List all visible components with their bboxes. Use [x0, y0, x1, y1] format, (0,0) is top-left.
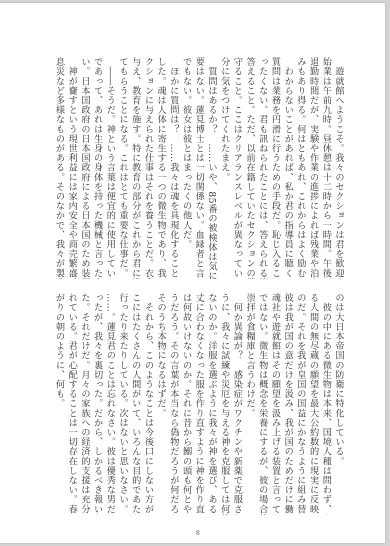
text-line: い。日本国政府の日本国政府による日本国のため装置だ。: [77, 57, 90, 279]
text-line: ではない。微生物は概念を栄養にするが、彼の場合信仰と: [255, 293, 268, 515]
text-line: のは大日本帝国の防衛に特化している。: [331, 293, 344, 515]
text-line: それから、このようなことは今後口にしない方がいい。: [141, 293, 154, 515]
lower-text-tier: のは大日本帝国の防衛に特化している。 彼の中にある微生物は本来、国境人種は問わず…: [52, 293, 344, 515]
text-line: 要はない。蓮見博士とは一切関係ない。血縁者と言うこと: [192, 57, 205, 279]
text-line: 行ったり来たりしている。次はないと思いなさい。: [115, 293, 128, 515]
text-line: た。それだけだ。月々の家族への経済的支援は充分になさ: [77, 293, 90, 515]
text-line: であって、あれは生身の身体を持った機械と言った方がい: [90, 57, 103, 279]
upper-text-tier: 遊就館へようこそ。我々のセクションは君を歓迎する。 始業は午前九時。昼休憩は十二…: [52, 57, 344, 279]
text-line: 答えること。ただ、以前在籍していたセクションの機密は: [242, 57, 255, 279]
text-line: ……。蓮見君のことは忘れなさい。彼は優秀な男だ: [103, 293, 116, 515]
text-line: ったが、我々を裏切った。だから、しかるべき報いを受け: [90, 293, 103, 515]
text-line: てもらうことになる。これはとても重要な仕事だ。: [115, 57, 128, 279]
text-line: うに、我々に試練や災厄を与える神を克服しては何故いけ: [217, 293, 230, 515]
text-line: ――そうだ。神という言葉は便宜的に使用しているだけ: [103, 57, 116, 279]
text-line: 魂社や遊就館はその願望を汲み上げる装置と言っても過言: [268, 293, 281, 515]
text-line: 崇拝が食糧庫と言うわけだ。: [242, 293, 255, 515]
text-line: 分に気をつけてくれたまえ。: [217, 57, 230, 279]
text-line: みもあり得る。何はともあれ、これからはよく励むように。: [293, 57, 306, 279]
text-line: 退勤時間だが、実験や作業の進捗によれば残業や泊まり込: [306, 57, 319, 279]
text-line: る人間の無尽蔵の願望を最大公約数的に現実に反映させる: [306, 293, 319, 515]
text-line: そのうち本物になるはずだ。: [153, 293, 166, 515]
text-line: ほかに質問は？ ……我々は魂を具現化することに成功: [166, 57, 179, 279]
text-line: のだ。それを我が皇国の国益にかなうように組み替えた。: [293, 293, 306, 515]
text-line: した。魂は人体に寄生する一つの微生物であり、我々のセ: [153, 57, 166, 279]
text-line: 彼の中にある微生物は本来、国境人種は問わず、あらゆ: [319, 293, 332, 515]
text-line: 神が齎すという現世利益には家内安全や商売繁盛、無病: [65, 57, 78, 279]
text-line: 質問はあるか？ ……いや、85番の被検体は気にする必: [204, 57, 217, 279]
text-line: 始業は午前九時。昼休憩は十二時から一時間。午後五時が: [319, 57, 332, 279]
text-line: は何故いけないのか。それに昔から鰯の頭も何とやらと言: [179, 293, 192, 515]
text-line: 質問は業務を円滑に行うための手段だ。恥じ入ることはま: [268, 57, 281, 279]
text-line: 遊就館へようこそ。我々のセクションは君を歓迎する。: [331, 57, 344, 279]
text-line: クションに与えられた仕事はそれを養うことだ。衣食住を: [141, 57, 154, 279]
text-line: でもない。彼女は彼とはまったくの他人だ。: [179, 57, 192, 279]
text-line: わからないことがあれば、私か君の指導員に聴くように。: [280, 57, 293, 279]
text-line: うだろう。その言葉が本当なら偽物だろうが何だろうが、: [166, 293, 179, 515]
text-line: 彼は我が国の意だけを汲み、我が国のためだけに働く。招: [280, 293, 293, 515]
text-line: 与え、教育を施す。特に教育の部分がこれから君に携わっ: [128, 57, 141, 279]
text-line: れている。君が心配することは一切存在しない。春の雨上: [65, 293, 78, 515]
page: 遊就館へようこそ。我々のセクションは君を歓迎する。 始業は午前九時。昼休憩は十二…: [0, 3, 385, 543]
text-line: 息災など多様なものがある。そのなかで、我々が製造した: [52, 57, 65, 279]
text-line: 丈に合わなくなった服を作り直すように神を作り直して: [192, 293, 205, 515]
page-number: 8: [196, 530, 200, 537]
text-line: 守ること。ここはクリアランスレベルが異なっている。十: [230, 57, 243, 279]
document-viewer: 遊就館へようこそ。我々のセクションは君を歓迎する。 始業は午前九時。昼休憩は十二…: [0, 0, 390, 546]
text-line: 何か異論が？ 感染症がワクチンや新薬で克服されるよ: [230, 293, 243, 515]
text-line: ったくない。君も訊ねられたことには、答えられる範囲で: [255, 57, 268, 279]
text-line: がりの朝のように、何も。: [52, 293, 65, 515]
text-line: ないのか。洋服を選ぶように我々が神を選び、あるいは身: [204, 293, 217, 515]
text-line: こにはたくさんの人間がいて、いろんな目的であたりを: [128, 293, 141, 515]
